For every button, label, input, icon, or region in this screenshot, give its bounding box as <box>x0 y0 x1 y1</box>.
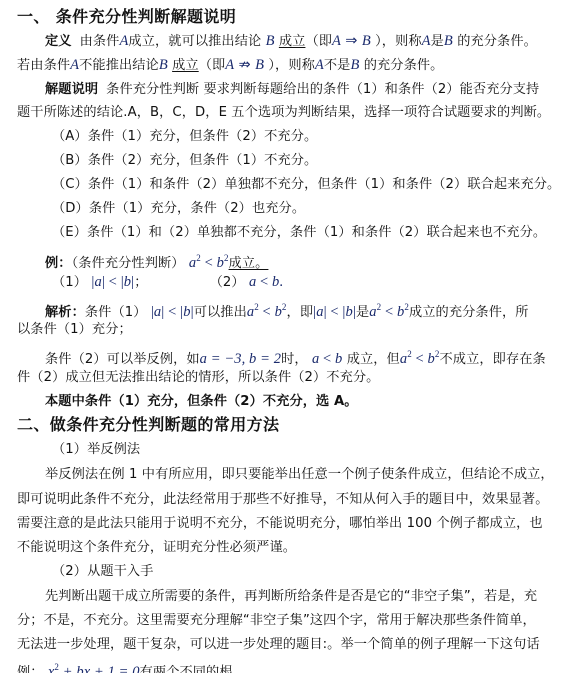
method-2-line-3: 无法进一步处理，题干复杂，可以进一步处理的题目:。举一个简单的例子理解一下这句话 <box>17 635 540 655</box>
example-conditions: （1） |a| < |b|；（2） a < b. <box>52 272 283 292</box>
math-expression: + bx + 1 = 0 <box>59 664 140 673</box>
method-2-title: （2）从题干入手 <box>52 562 154 582</box>
analysis-line-3: 条件（2）可以举反例，如a = −3, b = 2时， a < b 成立，但a2… <box>45 344 546 364</box>
text: 是 <box>356 305 369 320</box>
text: 的充分条件。 <box>364 58 444 73</box>
definition-line-1: 定义由条件A成立，就可以推出结论 B 成立（即A ⇒ B ），则称A是B 的充分… <box>45 31 537 51</box>
text: 有两个不同的根 <box>140 665 233 673</box>
math-var: A <box>422 33 431 49</box>
not-implies-symbol: ⇏ <box>239 57 251 73</box>
analysis-line-1: 解析：条件（1） |a| < |b|可以推出a2 < b2，即|a| < |b|… <box>45 297 529 317</box>
method-1-line-2: 即可说明此条件不充分，此法经常用于那些不好推导，不知从何入手的题目中，效果显著。 <box>17 490 549 510</box>
method-1-line-3: 需要注意的是此法只能用于说明不充分，不能说明充分，哪怕举出 100 个例子都成立… <box>17 514 543 534</box>
math-var: A <box>332 33 341 49</box>
text: ，即 <box>287 305 314 320</box>
text: ； <box>134 275 147 290</box>
text: 时， <box>281 352 308 367</box>
text: 成立。 <box>229 256 269 271</box>
text: 条件充分性判断 要求判断每题给出的条件（1）和条件（2）能否充分支持 <box>106 82 539 97</box>
definition-label: 定义 <box>45 34 72 49</box>
text: 由条件 <box>80 34 120 49</box>
analysis-line-2: 以条件（1）充分； <box>17 320 132 340</box>
text: （条件充分性判断） <box>72 256 185 271</box>
method-1-title: （1）举反例法 <box>52 440 140 460</box>
condition-1-label: （1） <box>52 275 87 290</box>
text: 不是 <box>324 58 351 73</box>
option-d: （D）条件（1）充分，条件（2）也充分。 <box>52 199 305 219</box>
text: 不能推出结论 <box>79 58 159 73</box>
method-2-line-2: 分；不是，不充分。这里需要充分理解“非空子集”这四个字，常用于解决那些条件简单， <box>17 611 536 631</box>
math-expression: a = −3, b = 2 <box>200 351 281 367</box>
math-var: A <box>315 57 324 73</box>
document-page: 一、 条件充分性判断解题说明 定义由条件A成立，就可以推出结论 B 成立（即A … <box>0 0 587 673</box>
text: 条件（2）可以举反例，如 <box>45 352 200 367</box>
math-var: B <box>362 33 371 49</box>
method-1-line-1: 举反例法在例 1 中有所应用，即只要能举出任意一个例子使条件成立，但结论不成立， <box>45 465 554 485</box>
text: . <box>279 274 283 290</box>
method-2-line-1: 先判断出题干成立所需要的条件，再判断所给条件是否是它的“非空子集”，若是，充 <box>45 587 537 607</box>
text: 条件（1） <box>85 305 147 320</box>
analysis-conclusion: 本题中条件（1）充分，但条件（2）不充分，选 A。 <box>45 392 358 412</box>
math-var: A <box>70 57 79 73</box>
text: （即 <box>305 34 332 49</box>
condition-2-label: （2） <box>210 275 245 290</box>
math-var: B <box>444 33 453 49</box>
method-2-example: 例： x2 + bx + 1 = 0有两个不同的根 <box>17 657 233 673</box>
analysis-line-4: 件（2）成立但无法推出结论的情形，所以条件（2）不充分。 <box>17 368 379 388</box>
text: 成立，就可以推出结论 <box>128 34 261 49</box>
option-e: （E）条件（1）和（2）单独都不充分，条件（1）和条件（2）联合起来也不充分。 <box>52 223 546 243</box>
text: ），则称 <box>375 34 422 49</box>
math-var: A <box>225 57 234 73</box>
section-heading-1: 一、 条件充分性判断解题说明 <box>17 6 236 28</box>
method-1-line-4: 不能说明这个条件充分，证明充分性必须严谨。 <box>17 538 296 558</box>
explanation-line-1: 解题说明条件充分性判断 要求判断每题给出的条件（1）和条件（2）能否充分支持 <box>45 80 539 100</box>
text: 不成立，即存在条 <box>440 352 546 367</box>
text: 成立的充分条件，所 <box>409 305 529 320</box>
text: 若由条件 <box>17 58 70 73</box>
text: 成立 <box>172 58 199 73</box>
option-c: （C）条件（1）和条件（2）单独都不充分，但条件（1）和条件（2）联合起来充分。 <box>52 175 560 195</box>
math-var: a <box>94 274 101 290</box>
option-b: （B）条件（2）充分，但条件（1）不充分。 <box>52 151 317 171</box>
explanation-line-2: 题干所陈述的结论.A，B，C，D，E 五个选项为判断结果，选择一项符合试题要求的… <box>17 103 550 123</box>
example-label: 例： <box>45 256 72 271</box>
text: 的充分条件。 <box>457 34 537 49</box>
math-var: B <box>350 57 359 73</box>
definition-line-2: 若由条件A不能推出结论B 成立（即A ⇏ B ），则称A不是B 的充分条件。 <box>17 55 443 75</box>
text: ），则称 <box>268 58 315 73</box>
example-label: 例： <box>17 665 44 673</box>
implies-symbol: ⇒ <box>345 33 357 49</box>
text: 成立，但 <box>347 352 400 367</box>
example-line: 例：（条件充分性判断） a2 < b2成立。 <box>45 248 268 268</box>
text: （即 <box>199 58 226 73</box>
explanation-label: 解题说明 <box>45 82 98 97</box>
math-var: B <box>266 33 275 49</box>
section-heading-2: 二、做条件充分性判断题的常用方法 <box>17 414 279 436</box>
option-a: （A）条件（1）充分，但条件（2）不充分。 <box>52 127 317 147</box>
text: 是 <box>431 34 444 49</box>
math-var: B <box>159 57 168 73</box>
math-var: b <box>217 255 224 271</box>
analysis-label: 解析： <box>45 305 85 320</box>
math-op: < <box>201 255 217 271</box>
text: 成立 <box>279 34 306 49</box>
text: 可以推出 <box>194 305 247 320</box>
math-var: B <box>255 57 264 73</box>
